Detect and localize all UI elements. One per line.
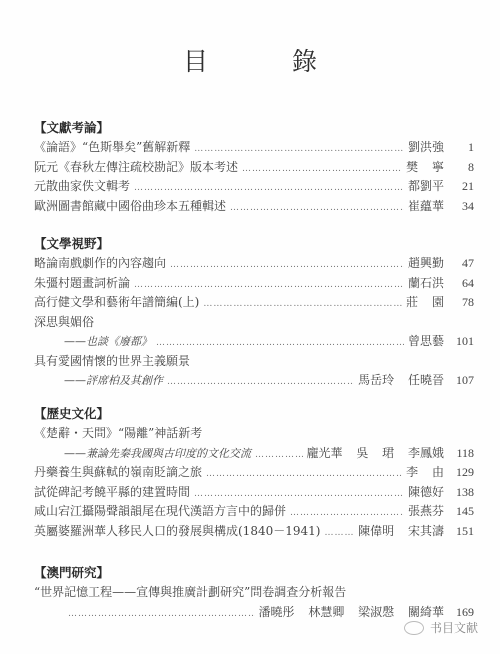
toc-entry[interactable]: 《論語》“色斯舉矣”舊解新釋 劉洪強 1 bbox=[34, 138, 474, 158]
leader-dots bbox=[230, 199, 404, 219]
section-heading: 【文獻考論】 bbox=[34, 118, 474, 138]
entry-author: 李 由 bbox=[406, 463, 444, 483]
section-heading: 【文學視野】 bbox=[34, 234, 474, 254]
section-heading: 【澳門研究】 bbox=[34, 563, 474, 583]
watermark-text: 书目文献 bbox=[430, 619, 478, 636]
entry-page: 78 bbox=[444, 293, 474, 313]
leader-dots bbox=[203, 295, 402, 315]
entry-page: 138 bbox=[444, 483, 474, 503]
leader-dots bbox=[170, 256, 404, 276]
entry-title: 丹藥養生與蘇軾的嶺南貶謫之旅 bbox=[34, 463, 202, 483]
leader-dots bbox=[156, 334, 404, 354]
toc-entry-title-line[interactable]: “世界記憶工程——宣傳與推廣計劃研究”問卷調查分析報告 bbox=[34, 583, 474, 603]
toc-entry[interactable]: 略論南戲劇作的內容趨向 趙興勤 47 bbox=[34, 254, 474, 274]
entry-title: 具有愛國情懷的世界主義願景 bbox=[34, 352, 190, 372]
entry-page: 21 bbox=[444, 177, 474, 197]
entry-title: “世界記憶工程——宣傳與推廣計劃研究”問卷調查分析報告 bbox=[34, 583, 346, 603]
leader-dots bbox=[206, 465, 402, 485]
toc-entry-subtitle-line[interactable]: ——也談《廢都》 曾思藝 101 bbox=[34, 332, 474, 352]
leader-dots bbox=[167, 373, 354, 393]
entry-subtitle: ——兼論先秦我國與古印度的文化交流 bbox=[34, 444, 251, 464]
toc-entry[interactable]: 丹藥養生與蘇軾的嶺南貶謫之旅 李 由 129 bbox=[34, 463, 474, 483]
toc-entry[interactable]: 朱彊村題畫詞析論 蘭石洪 64 bbox=[34, 274, 474, 294]
entry-author: 莊 園 bbox=[406, 293, 444, 313]
entry-page: 101 bbox=[444, 332, 474, 352]
toc-entry-title-line[interactable]: 深思與媚俗 bbox=[34, 313, 474, 333]
entry-page: 118 bbox=[444, 444, 474, 464]
entry-title: 英屬婆羅洲華人移民人口的發展與構成(1840－1941) bbox=[34, 522, 320, 542]
toc-entry[interactable]: 元散曲家佚文輯考 都劉平 21 bbox=[34, 177, 474, 197]
entry-subtitle: ——評席柏及其創作 bbox=[34, 371, 163, 391]
entry-title: 略論南戲劇作的內容趨向 bbox=[34, 254, 166, 274]
toc-entry[interactable]: 英屬婆羅洲華人移民人口的發展與構成(1840－1941) 陳偉明 宋其濤 151 bbox=[34, 522, 474, 542]
entry-page: 8 bbox=[444, 158, 474, 178]
entry-author: 趙興勤 bbox=[408, 254, 444, 274]
toc-entry[interactable]: 阮元《春秋左傳注疏校勘記》版本考述 樊 寧 8 bbox=[34, 158, 474, 178]
entry-page: 34 bbox=[444, 197, 474, 217]
toc-entry[interactable]: 試從碑記考饒平縣的建置時間 陳德好 138 bbox=[34, 483, 474, 503]
entry-title: 試從碑記考饒平縣的建置時間 bbox=[34, 483, 190, 503]
section-lishi: 【歷史文化】 《楚辭・天問》“陽離”神話新考 ——兼論先秦我國與古印度的文化交流… bbox=[34, 404, 474, 541]
entry-title: 咸山宕江攝陽聲韻韻尾在現代漢語方言中的歸併 bbox=[34, 502, 286, 522]
leader-dots bbox=[255, 446, 303, 466]
toc-entry[interactable]: 歐洲圖書館藏中國俗曲珍本五種輯述 崔蘊華 34 bbox=[34, 197, 474, 217]
entry-subtitle: ——也談《廢都》 bbox=[34, 332, 152, 352]
leader-dots bbox=[68, 605, 255, 625]
entry-page: 64 bbox=[444, 274, 474, 294]
watermark: 书目文献 bbox=[404, 619, 478, 636]
toc-entry[interactable]: 咸山宕江攝陽聲韻韻尾在現代漢語方言中的歸併 張燕芬 145 bbox=[34, 502, 474, 522]
section-aomen: 【澳門研究】 “世界記憶工程——宣傳與推廣計劃研究”問卷調查分析報告 潘曉彤 林… bbox=[34, 563, 474, 622]
wechat-icon bbox=[404, 621, 424, 635]
section-wenxian: 【文獻考論】 《論語》“色斯舉矣”舊解新釋 劉洪強 1 阮元《春秋左傳注疏校勘記… bbox=[34, 118, 474, 216]
entry-page: 145 bbox=[444, 502, 474, 522]
entry-title: 歐洲圖書館藏中國俗曲珍本五種輯述 bbox=[34, 197, 226, 217]
entry-author: 樊 寧 bbox=[406, 158, 444, 178]
entry-author: 蘭石洪 bbox=[408, 274, 444, 294]
entry-title: 《論語》“色斯舉矣”舊解新釋 bbox=[34, 138, 190, 158]
entry-title: 《楚辭・天問》“陽離”神話新考 bbox=[34, 424, 202, 444]
entry-author: 馬岳玲 任曉晉 bbox=[358, 371, 444, 391]
page-title: 目 錄 bbox=[0, 42, 500, 78]
entry-title: 朱彊村題畫詞析論 bbox=[34, 274, 130, 294]
entry-author: 陳偉明 宋其濤 bbox=[358, 522, 444, 542]
entry-page: 107 bbox=[444, 371, 474, 391]
toc-entry-subtitle-line[interactable]: ——兼論先秦我國與古印度的文化交流 龐光華 吳 珺 李鳳娥 118 bbox=[34, 444, 474, 464]
toc-entry-title-line[interactable]: 具有愛國情懷的世界主義願景 bbox=[34, 352, 474, 372]
entry-title: 高行健文學和藝術年譜簡編(上) bbox=[34, 293, 199, 313]
toc-entry-subtitle-line[interactable]: ——評席柏及其創作 馬岳玲 任曉晉 107 bbox=[34, 371, 474, 391]
toc-entry-title-line[interactable]: 《楚辭・天問》“陽離”神話新考 bbox=[34, 424, 474, 444]
entry-author: 張燕芬 bbox=[408, 502, 444, 522]
entry-page: 47 bbox=[444, 254, 474, 274]
leader-dots bbox=[242, 160, 402, 180]
entry-author: 崔蘊華 bbox=[408, 197, 444, 217]
leader-dots bbox=[324, 524, 354, 544]
entry-title: 元散曲家佚文輯考 bbox=[34, 177, 130, 197]
section-wenxue: 【文學視野】 略論南戲劇作的內容趨向 趙興勤 47 朱彊村題畫詞析論 蘭石洪 6… bbox=[34, 234, 474, 391]
entry-author: 都劉平 bbox=[408, 177, 444, 197]
entry-author: 龐光華 吳 珺 李鳳娥 bbox=[307, 444, 444, 464]
entry-page: 129 bbox=[444, 463, 474, 483]
entry-title: 阮元《春秋左傳注疏校勘記》版本考述 bbox=[34, 158, 238, 178]
entry-author: 曾思藝 bbox=[408, 332, 444, 352]
entry-author: 陳德好 bbox=[408, 483, 444, 503]
toc-entry[interactable]: 高行健文學和藝術年譜簡編(上) 莊 園 78 bbox=[34, 293, 474, 313]
entry-title: 深思與媚俗 bbox=[34, 313, 94, 333]
entry-page: 151 bbox=[444, 522, 474, 542]
section-heading: 【歷史文化】 bbox=[34, 404, 474, 424]
entry-author: 劉洪強 bbox=[408, 138, 444, 158]
entry-page: 1 bbox=[444, 138, 474, 158]
